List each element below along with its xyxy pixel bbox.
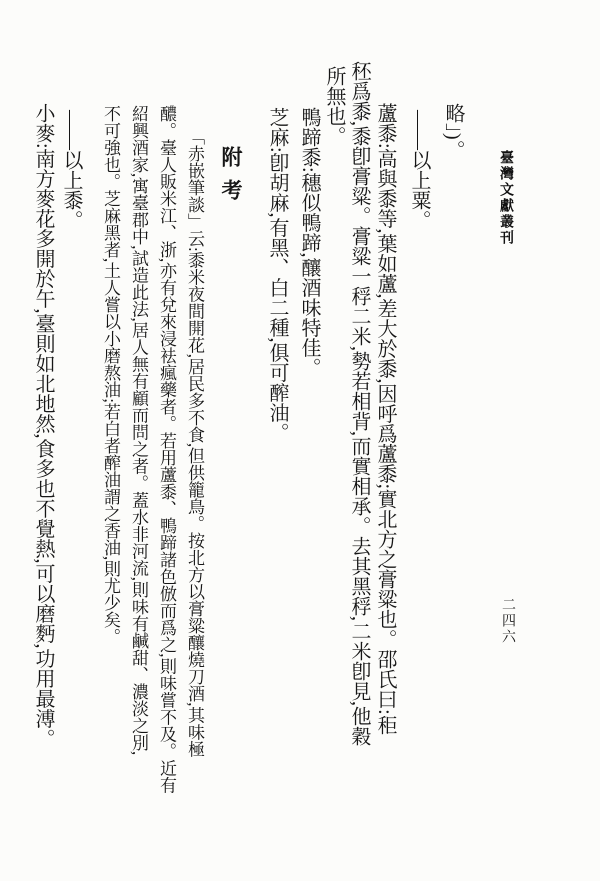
entry-yatishu-column: 鴨蹄黍:穗似鴨蹄,釀酒味特佳。 bbox=[296, 107, 322, 378]
entry-xiaomai-column: 小麥:南方麥花多開於午,臺則如北地然,食多也不覺熱,可以磨麪,功用最溥。 bbox=[30, 103, 56, 749]
summary-above-are-millet-su-column: ——以上粟。 bbox=[406, 110, 432, 230]
appendix-quote-column-3: 紹興酒家,寓臺郡中,試造此法,居人無有顧而問之者。蓋水非河流,則味有鹹甜、濃淡之… bbox=[126, 105, 150, 755]
appendix-quote-column-1: 「赤嵌筆談」云:黍米夜間開花,居民多不食,但供籠鳥。按北方以膏粱釀燒刀酒,其味極 bbox=[182, 128, 206, 757]
appendix-heading: 附考 bbox=[217, 146, 245, 212]
page-number: 二四六 bbox=[499, 597, 515, 645]
previous-entry-ending-column: 略」)。 bbox=[440, 103, 466, 160]
scanned-book-page: 臺灣文獻叢刊 二四六 略」)。 ——以上粟。 蘆黍:高與黍等,葉如蘆,差大於黍,… bbox=[0, 0, 600, 881]
appendix-quote-column-2: 醲。臺人販米江、浙,亦有兌來浸袪瘋藥者。若用蘆黍、鴨蹄諸色倣而爲之,則味嘗不及。… bbox=[154, 105, 178, 794]
series-title: 臺灣文獻叢刊 bbox=[497, 150, 513, 246]
entry-zhima-column: 芝麻:卽胡麻,有黑、白二種,俱可醡油。 bbox=[264, 107, 290, 443]
entry-lushu-column-2: 秠爲黍,黍卽膏粱。膏粱一稃二米,勢若相背,而實相承。去其黑稃,二米卽見,他穀 bbox=[346, 61, 372, 746]
appendix-quote-column-4: 不可強也。芝麻黑者,土人嘗以小磨熬油;若白者醡油謂之香油,則尤少矣。 bbox=[98, 105, 122, 645]
entry-lushu-column-3: 所無也。 bbox=[321, 66, 347, 146]
summary-above-are-millet-shu-column: ——以上黍。 bbox=[58, 110, 84, 230]
entry-lushu-column-1: 蘆黍:高與黍等,葉如蘆,差大於黍,因呼爲蘆黍;實北方之膏粱也。邵氏曰:秬 bbox=[372, 103, 398, 735]
